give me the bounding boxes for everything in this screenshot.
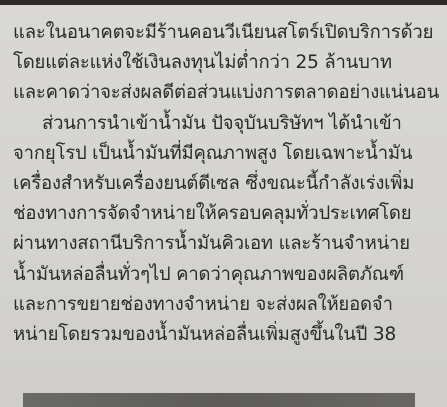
text-line: และในอนาคตจะมีร้านคอนวีเนียนสโตร์เปิดบริ… — [13, 18, 438, 48]
text-line: หน่ายโดยรวมของน้ำมันหล่อลื่นเพิ่มสูงขึ้น… — [13, 320, 438, 350]
article-text: และในอนาคตจะมีร้านคอนวีเนียนสโตร์เปิดบริ… — [13, 18, 438, 350]
text-line: ผ่านทางสถานีบริการน้ำมันคิวเอท และร้านจำ… — [13, 229, 438, 259]
text-line: น้ำมันหล่อลื่นทั่วๆไป คาดว่าคุณภาพของผลิ… — [13, 260, 438, 290]
text-line: เครื่องสำหรับเครื่องยนต์ดีเซล ซึ่งขณะนี้… — [13, 169, 438, 199]
text-line: โดยแต่ละแห่งใช้เงินลงทุนไม่ต่ำกว่า 25 ล้… — [13, 48, 438, 78]
text-line-paragraph-start: ส่วนการนำเข้าน้ำมัน ปัจจุบันบริษัทฯ ได้น… — [13, 109, 438, 139]
text-line: ช่องทางการจัดจำหน่ายให้ครอบคลุมทั่วประเท… — [13, 199, 438, 229]
text-line: และคาดว่าจะส่งผลดีต่อส่วนแบ่งการตลาดอย่า… — [13, 78, 438, 108]
bottom-dark-bar — [23, 393, 415, 407]
text-line: และการขยายช่องทางจำหน่าย จะส่งผลให้ยอดจำ — [13, 290, 438, 320]
text-line: จากยุโรป เป็นน้ำมันที่มีคุณภาพสูง โดยเฉพ… — [13, 139, 438, 169]
